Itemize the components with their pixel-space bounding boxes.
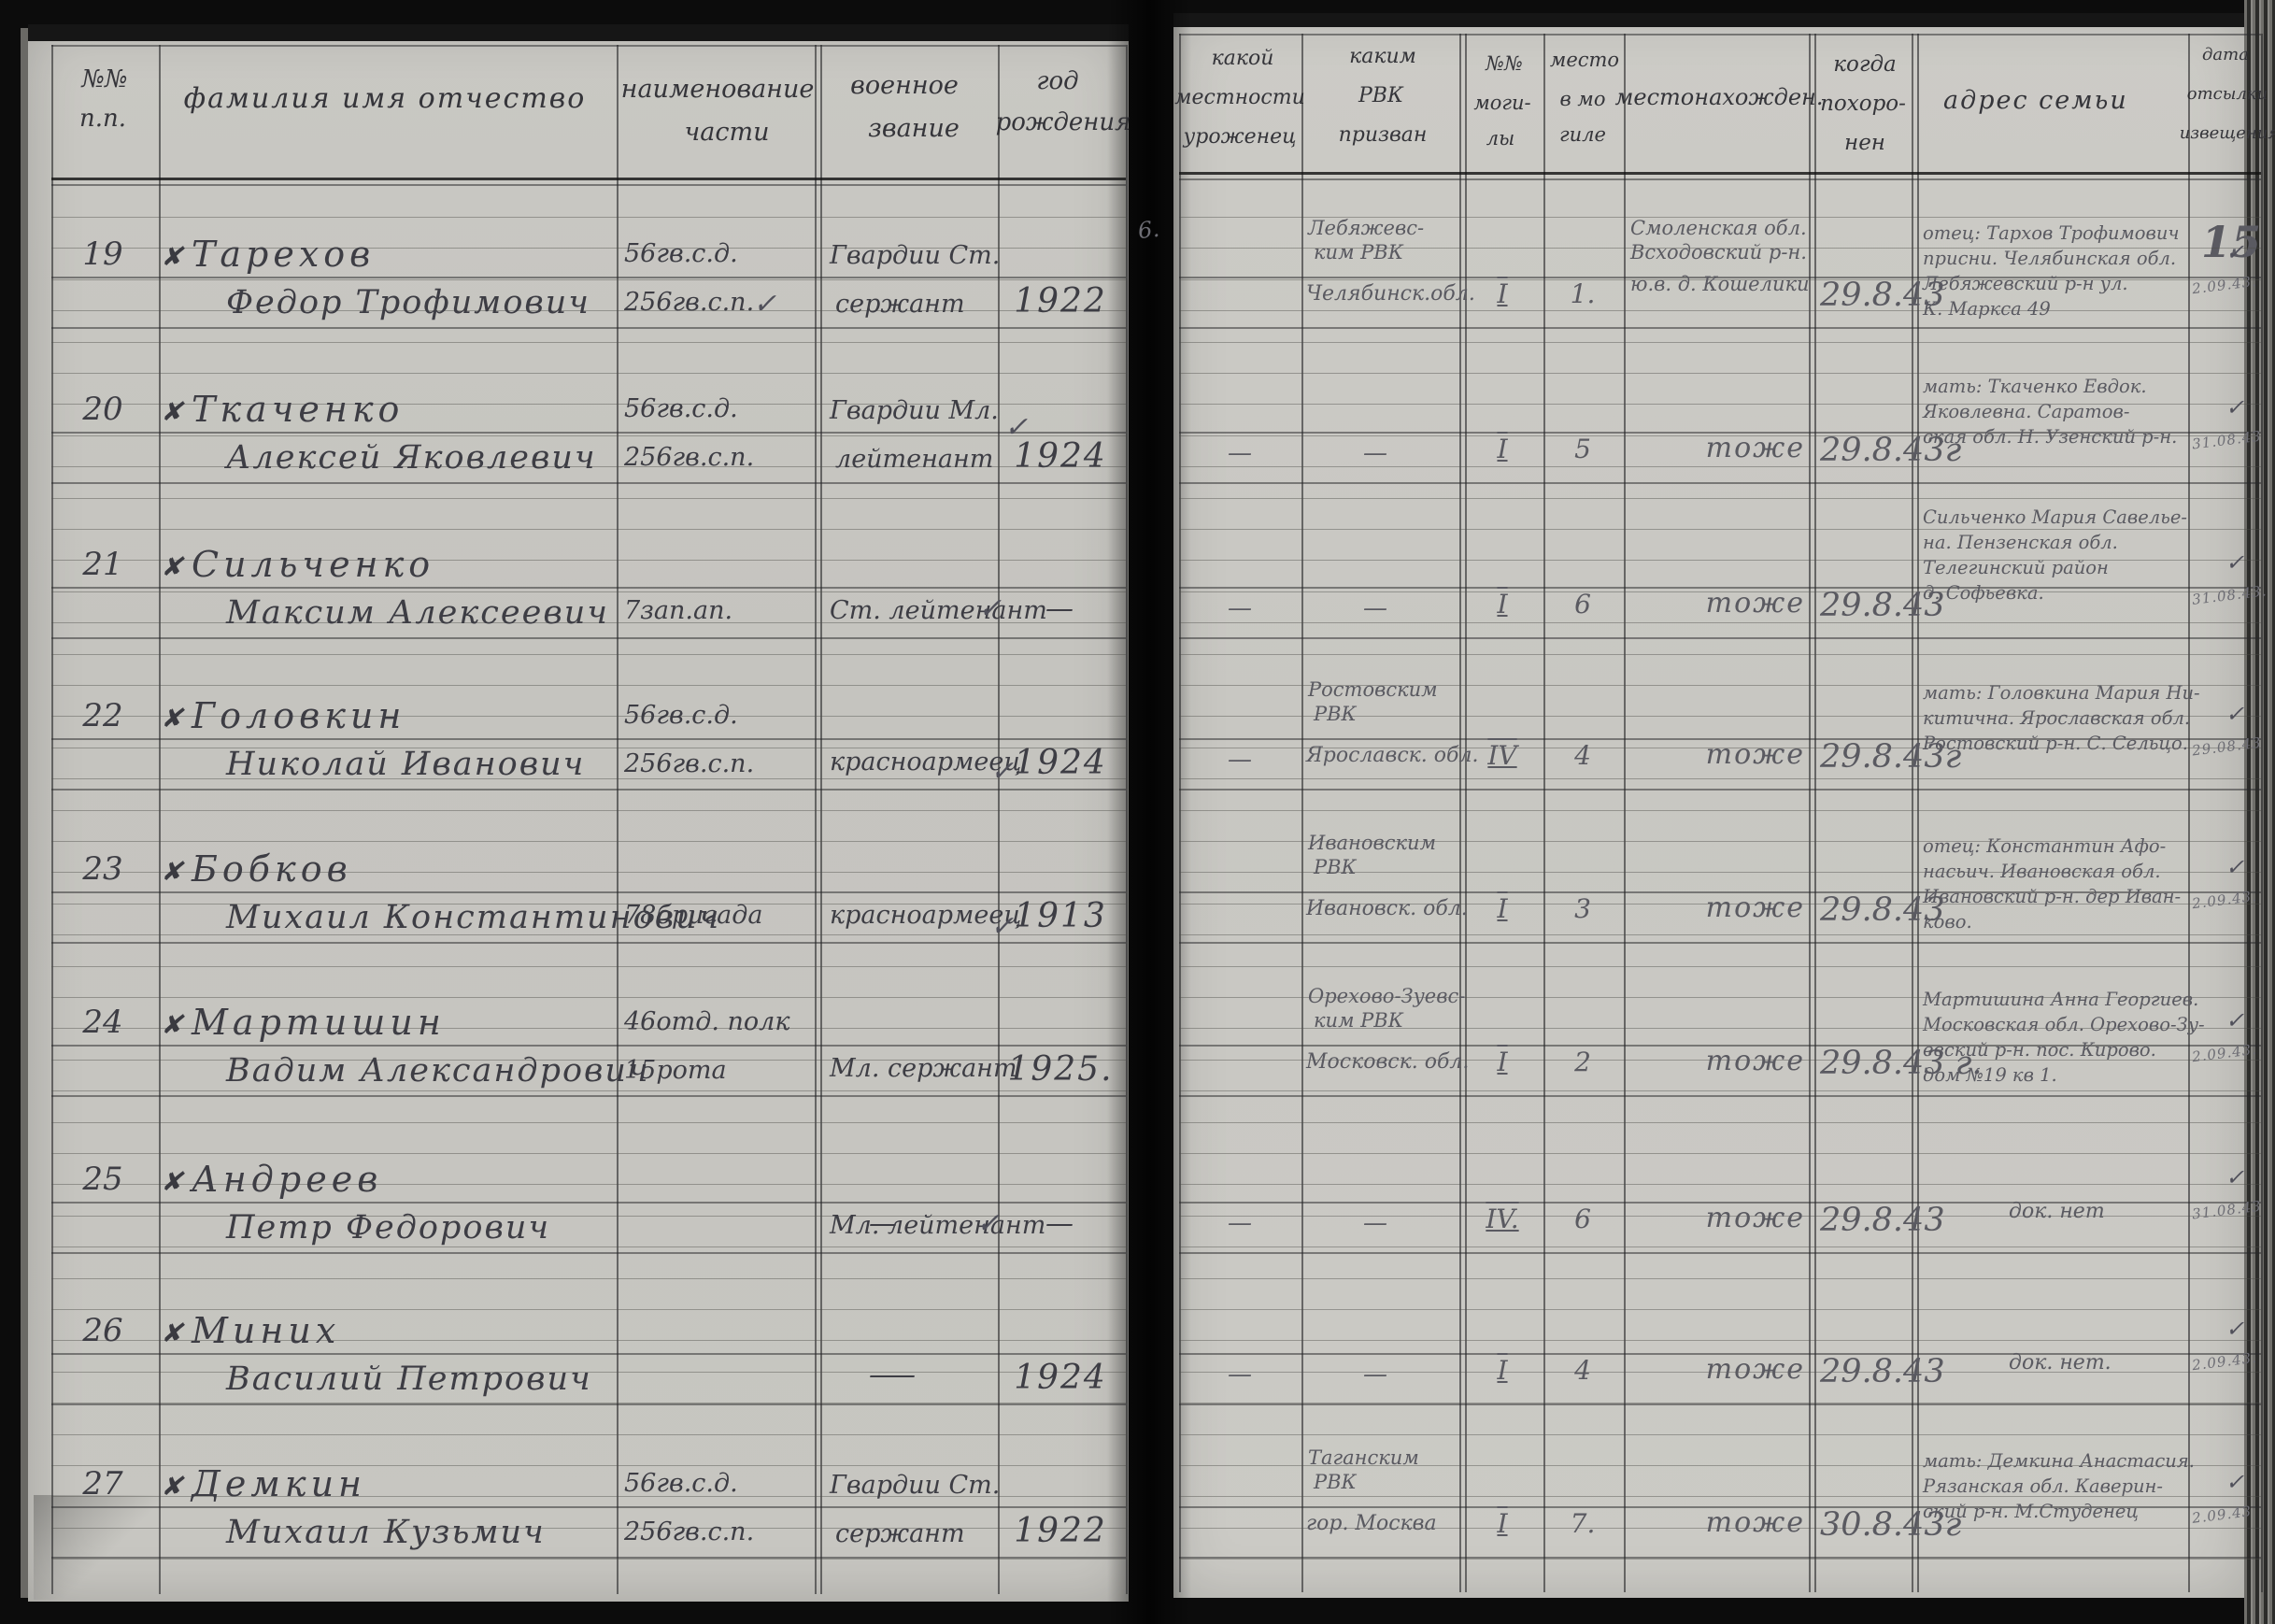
family-address-line3: ская обл. Н. Узенский р-н.: [1923, 426, 2177, 448]
right-column-line: [1809, 34, 1811, 1592]
notice-check-mark: ✓: [2225, 1007, 2244, 1033]
header-location: местонахожден.: [1615, 84, 1824, 110]
left-ruled-line: [51, 1434, 1126, 1435]
record-number: 23: [82, 850, 122, 888]
cross-mark: ✘: [161, 856, 182, 887]
family-address-line4: ково.: [1923, 911, 1972, 933]
check-mark: ✓: [990, 755, 1014, 788]
family-address-line1: Сильченко Мария Савелье-: [1923, 506, 2187, 528]
right-ruled-line: [1179, 373, 2261, 374]
location-line1: Смоленская обл.: [1630, 217, 1807, 239]
right-ruled-line: [1179, 1246, 2261, 1247]
page-corner-crease: [34, 1495, 174, 1600]
surname: Головкин: [192, 695, 405, 736]
grave-number: I: [1497, 434, 1507, 464]
location-ditto: тоже: [1706, 1045, 1805, 1077]
grave-number: I: [1497, 893, 1507, 924]
birth-year: 1924: [1014, 744, 1107, 782]
grave-number: IV: [1487, 740, 1516, 771]
record-number: 20: [82, 391, 122, 428]
rvk-line2: РВК: [1314, 703, 1357, 725]
record-number: 25: [82, 1161, 122, 1198]
check-mark: ✓: [990, 910, 1014, 943]
family-address-line1: мать: Ткаченко Евдок.: [1923, 376, 2147, 397]
unit-line2: 15рота: [624, 1056, 727, 1085]
record-baseline: [1179, 1557, 2261, 1559]
notice-check-mark: ✓: [2225, 549, 2244, 576]
family-address-line2: Яковлевна. Саратов-: [1923, 401, 2129, 422]
family-address-line1: отец: Тархов Трофимович: [1923, 222, 2180, 244]
cross-mark: ✘: [161, 1471, 182, 1502]
left-ruled-line: [51, 435, 1126, 436]
header-buried-line1: когда: [1833, 52, 1897, 77]
burial-date: 29.8.43: [1820, 1202, 1945, 1239]
right-ruled-line: [1179, 1309, 2261, 1310]
header-grave-line2: моги-: [1473, 92, 1530, 114]
right-column-line: [1814, 34, 1816, 1592]
left-ruled-line: [51, 529, 1126, 530]
notice-check-mark: ✓: [2225, 1164, 2244, 1190]
header-rvk-line2: РВК: [1358, 84, 1403, 107]
left-ruled-line: [51, 373, 1126, 374]
right-ruled-line: [1179, 310, 2261, 311]
right-ruled-line: [1179, 1434, 2261, 1435]
unit-line1: 56гв.с.д.: [624, 1469, 738, 1498]
right-column-line: [1179, 34, 1181, 1592]
cross-mark: ✘: [161, 241, 182, 272]
left-ruled-line: [51, 654, 1126, 655]
record-number: 27: [82, 1465, 122, 1503]
right-ruled-line: [1179, 1559, 2261, 1560]
right-column-line: [1301, 34, 1303, 1592]
rvk-line2: ким РВК: [1314, 1009, 1403, 1032]
surname: Демкин: [192, 1463, 366, 1504]
right-ruled-line: [1179, 778, 2261, 779]
origin-dash: —: [1228, 439, 1252, 467]
surname: Миних: [192, 1310, 340, 1351]
record-baseline: [51, 277, 1126, 278]
header-place-line2: в мо: [1560, 88, 1606, 110]
rank-line2: лейтенант: [835, 445, 993, 474]
cross-mark: ✘: [161, 551, 182, 582]
right-header-top: [1179, 34, 2261, 36]
header-grave-line3: лы: [1486, 127, 1514, 150]
cross-mark: ✘: [161, 1318, 182, 1348]
left-ruled-line: [51, 279, 1126, 280]
family-address: док. нет: [2009, 1200, 2105, 1223]
header-rvk-line3: призван: [1339, 123, 1428, 147]
right-column-line: [1459, 34, 1461, 1592]
unit-line1: 56гв.с.д.: [624, 239, 738, 268]
location-ditto: тоже: [1706, 891, 1805, 924]
rank-line1: Мл. сержант: [830, 1054, 1017, 1083]
header-buried-line2: похоро-: [1820, 92, 1906, 116]
family-address-line3: Ростовский р-н. С. Сельцо.: [1923, 733, 2188, 754]
right-ruled-line: [1179, 498, 2261, 499]
record-baseline: [51, 1202, 1126, 1204]
stray-pencil-mark: 6.: [1137, 216, 1161, 244]
given-name: Максим Алексеевич: [226, 594, 609, 632]
rvk-line1: Лебяжевс-: [1308, 217, 1424, 239]
check-mark: ✓: [976, 1207, 1000, 1240]
family-address-line1: мать: Головкина Мария Ни-: [1923, 682, 2200, 704]
record-baseline: [51, 891, 1126, 893]
right-ruled-line: [1179, 1340, 2261, 1341]
rvk-line1: Орехово-Зуевс-: [1308, 985, 1465, 1007]
birth-year: —: [1045, 592, 1075, 625]
location-ditto: тоже: [1706, 432, 1805, 464]
record-baseline: [51, 327, 1126, 329]
header-grave-line1: №№: [1486, 52, 1523, 75]
unit-line1: 56гв.с.д.: [624, 394, 738, 423]
family-address-line2: Рязанская обл. Каверин-: [1923, 1475, 2163, 1497]
family-address-line3: Ивановский р-н. дер Иван-: [1923, 886, 2181, 907]
rank-line2: сержант: [835, 1519, 965, 1548]
rvk-line1: Таганским: [1308, 1446, 1419, 1469]
record-number: 19: [82, 235, 122, 273]
grave-number: I: [1497, 1508, 1507, 1539]
right-column-line: [2188, 34, 2190, 1592]
right-header-separator-2: [1179, 178, 2261, 180]
rvk-line1: Ростовским: [1308, 678, 1438, 701]
right-ruled-line: [1179, 529, 2261, 530]
record-baseline: [1179, 1403, 2261, 1405]
family-address-line1: отец: Константин Афо-: [1923, 835, 2166, 857]
place-in-grave: 1.: [1571, 278, 1596, 309]
grave-number: IV.: [1486, 1204, 1518, 1234]
location-line3: ю.в. д. Кошелики: [1630, 273, 1810, 295]
left-ruled-line: [51, 841, 1126, 842]
left-ruled-line: [51, 685, 1126, 686]
notice-check-mark: ✓: [2225, 394, 2244, 420]
rvk-oblast: Челябинск.обл.: [1306, 282, 1475, 306]
right-ruled-line: [1179, 342, 2261, 343]
place-in-grave: 2: [1574, 1047, 1591, 1077]
rvk-oblast: Московск. обл.: [1306, 1050, 1469, 1074]
cross-mark: ✘: [161, 1009, 182, 1040]
surname: Ткаченко: [192, 389, 404, 430]
rank-line2: сержант: [835, 290, 965, 319]
rank-line1: Ст. лейтенант: [830, 596, 1047, 625]
given-name: Алексей Яковлевич: [226, 439, 597, 477]
header-no-line2: п.п.: [79, 105, 126, 133]
given-name: Петр Федорович: [226, 1209, 550, 1246]
left-ruled-line: [51, 498, 1126, 499]
record-baseline: [51, 1045, 1126, 1047]
family-address-line1: Мартишина Анна Георгиев.: [1923, 989, 2198, 1010]
notice-check-mark: ✓: [2225, 701, 2244, 727]
record-baseline: [51, 789, 1126, 791]
record-baseline: [1179, 482, 2261, 484]
left-ruled-line: [51, 1278, 1126, 1279]
left-ruled-line: [51, 966, 1126, 967]
record-baseline: [1179, 327, 2261, 329]
left-ruled-line: [51, 810, 1126, 811]
place-in-grave: 5: [1574, 434, 1591, 464]
record-number: 21: [82, 546, 122, 583]
rvk-dash: —: [1363, 594, 1387, 622]
header-notice-line2: отсылки: [2187, 84, 2268, 104]
origin-dash: —: [1228, 594, 1252, 622]
unit-line2: 256гв.с.п.: [624, 288, 754, 317]
record-baseline: [1179, 1095, 2261, 1097]
record-baseline: [51, 1557, 1126, 1559]
notice-check-mark: ✓: [2225, 239, 2244, 265]
left-ruled-line: [51, 997, 1126, 998]
right-ruled-line: [1179, 810, 2261, 811]
family-address: док. нет.: [2009, 1351, 2111, 1375]
record-baseline: [51, 1353, 1126, 1355]
right-ruled-line: [1179, 966, 2261, 967]
place-in-grave: 4: [1574, 740, 1591, 771]
unit-line2: 256гв.с.п.: [624, 1517, 754, 1546]
left-ruled-line: [51, 778, 1126, 779]
right-ruled-line: [1179, 1153, 2261, 1154]
unit-line1: 78бригада: [624, 901, 762, 930]
left-ruled-line: [51, 217, 1126, 218]
header-unit-line1: наименование: [621, 75, 815, 104]
unit-line1: 7зап.ап.: [624, 596, 732, 625]
record-baseline: [51, 432, 1126, 434]
right-ruled-line: [1179, 1122, 2261, 1123]
record-baseline: [51, 1252, 1126, 1254]
family-address-line2: на. Пензенская обл.: [1923, 532, 2118, 553]
family-address-line4: дом №19 кв 1.: [1923, 1064, 2057, 1086]
left-header-top: [51, 45, 1126, 47]
location-ditto: тоже: [1706, 1506, 1805, 1539]
given-name: Вадим Александрович: [226, 1052, 650, 1090]
surname: Мартишин: [192, 1002, 446, 1043]
header-year-line1: год: [1036, 67, 1078, 95]
unit-line1: 56гв.с.д.: [624, 701, 738, 730]
given-name: Василий Петрович: [226, 1360, 592, 1398]
family-address-line3: евский р-н. пос. Кирово.: [1923, 1039, 2156, 1061]
rvk-oblast: Ивановск. обл.: [1306, 897, 1468, 920]
left-ruled-line: [51, 591, 1126, 592]
ledger-scan: { "page_number": "15", "stray_mark": "6.…: [0, 0, 2275, 1624]
record-number: 22: [82, 697, 122, 734]
check-mark: ✓: [978, 592, 1002, 625]
rank-dash: —: [888, 1359, 916, 1391]
header-origin-line2: местности: [1174, 86, 1305, 109]
rvk-oblast: Ярославск. обл.: [1306, 744, 1478, 767]
birth-year: 1922: [1014, 1512, 1107, 1550]
birth-year: 1924: [1014, 437, 1107, 476]
family-address-line2: присни. Челябинская обл.: [1923, 248, 2176, 269]
rank-line1: Гвардии Ст.: [830, 241, 1000, 270]
given-name: Николай Иванович: [226, 746, 585, 783]
record-baseline: [51, 637, 1126, 639]
family-address-line2: Московская обл. Орехово-Зу-: [1923, 1014, 2205, 1035]
family-address-line2: насьич. Ивановская обл.: [1923, 861, 2161, 882]
surname: Андреев: [192, 1159, 382, 1200]
header-rank-line1: военное: [850, 71, 959, 100]
birth-year: 1925.: [1007, 1050, 1113, 1089]
header-origin-line3: уроженец: [1184, 125, 1297, 149]
left-header-separator-2: [51, 184, 1126, 186]
right-column-line: [1624, 34, 1626, 1592]
check-mark: ✓: [753, 288, 776, 321]
record-number: 24: [82, 1004, 122, 1041]
record-baseline: [51, 1403, 1126, 1405]
header-no-line1: №№: [81, 65, 127, 93]
location-ditto: тоже: [1706, 1202, 1805, 1234]
rvk-oblast: гор. Москва: [1306, 1512, 1437, 1535]
notice-check-mark: ✓: [2225, 1469, 2244, 1495]
notice-check-mark: ✓: [2225, 1316, 2244, 1342]
right-ruled-line: [1179, 1184, 2261, 1185]
place-in-grave: 4: [1574, 1355, 1591, 1386]
surname: Сильченко: [192, 544, 434, 585]
record-baseline: [51, 1095, 1126, 1097]
rvk-line2: РВК: [1314, 856, 1357, 878]
header-place-line1: место: [1550, 49, 1619, 71]
header-name: фамилия имя отчество: [184, 82, 587, 115]
location-ditto: тоже: [1706, 1353, 1805, 1386]
rvk-dash: —: [1363, 439, 1387, 467]
unit-line2: 256гв.с.п.: [624, 749, 754, 778]
left-page-top-rule: [28, 24, 1129, 41]
rank-line1: Мл. лейтенант: [830, 1211, 1045, 1240]
header-origin-line1: какой: [1212, 47, 1274, 70]
record-baseline: [1179, 637, 2261, 639]
right-column-line: [1465, 34, 1467, 1592]
rank-line1: Гвардии Мл.: [830, 396, 999, 425]
place-in-grave: 6: [1574, 589, 1591, 620]
place-in-grave: 6: [1574, 1204, 1591, 1234]
right-ruled-line: [1179, 1090, 2261, 1091]
record-baseline: [51, 587, 1126, 589]
notice-check-mark: ✓: [2225, 854, 2244, 880]
right-ruled-line: [1179, 622, 2261, 623]
header-year-line2: рождения: [996, 108, 1131, 136]
left-ruled-line: [51, 1122, 1126, 1123]
header-address: адрес семьи: [1943, 86, 2128, 115]
burial-date: 29.8.43: [1820, 1353, 1945, 1390]
surname: Бобков: [192, 848, 352, 890]
location-ditto: тоже: [1706, 587, 1805, 620]
record-baseline: [1179, 789, 2261, 791]
record-baseline: [51, 942, 1126, 944]
left-ruled-line: [51, 1153, 1126, 1154]
family-address-line4: К. Маркса 49: [1923, 298, 2051, 320]
location-line2: Всходовский р-н.: [1630, 241, 1807, 264]
left-ruled-line: [51, 1090, 1126, 1091]
family-address-line3: Лебяжевский р-н ул.: [1923, 273, 2128, 294]
birth-year: 1922: [1014, 282, 1107, 321]
header-rvk-line1: каким: [1349, 45, 1416, 68]
cross-mark: ✘: [161, 396, 182, 427]
right-page-top-rule: [1173, 13, 2244, 27]
right-column-line: [1543, 34, 1545, 1592]
origin-dash: —: [1228, 746, 1252, 774]
grave-number: I: [1497, 1355, 1507, 1386]
cross-mark: ✘: [161, 1166, 182, 1197]
rvk-dash: —: [1363, 1360, 1387, 1389]
place-in-grave: 7.: [1571, 1508, 1596, 1539]
cross-mark: ✘: [161, 703, 182, 734]
record-baseline: [51, 1506, 1126, 1508]
location-ditto: тоже: [1706, 738, 1805, 771]
origin-dash: —: [1228, 1360, 1252, 1389]
birth-year: 1913: [1014, 897, 1107, 935]
header-buried-line3: нен: [1844, 131, 1885, 155]
unit-line2: 256гв.с.п.: [624, 443, 754, 472]
place-in-grave: 3: [1574, 893, 1591, 924]
family-address-line3: Телегинский район: [1923, 557, 2109, 578]
grave-number: I: [1497, 278, 1507, 309]
origin-dash: —: [1228, 1209, 1252, 1237]
left-ruled-line: [51, 342, 1126, 343]
surname: Тарехов: [192, 234, 375, 275]
header-notice-line1: дата: [2202, 45, 2249, 64]
left-page-edge: [21, 28, 28, 1598]
family-address-line3: ский р-н. М.Студенец: [1923, 1501, 2139, 1522]
right-header-separator: [1179, 172, 2261, 175]
rvk-line1: Ивановским: [1308, 832, 1436, 854]
record-baseline: [51, 482, 1126, 484]
right-ruled-line: [1179, 466, 2261, 467]
record-baseline: [51, 738, 1126, 740]
grave-number: I: [1497, 1047, 1507, 1077]
rvk-line2: ким РВК: [1314, 241, 1403, 264]
right-ruled-line: [1179, 654, 2261, 655]
family-address-line4: д. Софьевка.: [1923, 582, 2044, 604]
rvk-line2: РВК: [1314, 1471, 1357, 1493]
right-ruled-line: [1179, 1278, 2261, 1279]
left-ruled-line: [51, 1246, 1126, 1247]
family-address-line1: мать: Демкина Анастасия.: [1923, 1450, 2195, 1472]
record-baseline: [1179, 1252, 2261, 1254]
given-name: Федор Трофимович: [226, 284, 590, 321]
rvk-dash: —: [1363, 1209, 1387, 1237]
family-address-line2: китична. Ярославская обл.: [1923, 707, 2190, 729]
header-unit-line2: части: [684, 118, 769, 147]
rank-line1: Гвардии Ст.: [830, 1471, 1000, 1500]
unit-line1: 46отд. полк: [624, 1007, 789, 1036]
given-name: Михаил Кузьмич: [226, 1514, 546, 1551]
left-ruled-line: [51, 1559, 1126, 1560]
right-ruled-line: [1179, 934, 2261, 935]
grave-number: I: [1497, 589, 1507, 620]
left-header-separator: [51, 178, 1126, 180]
record-baseline: [1179, 942, 2261, 944]
birth-year: —: [1045, 1207, 1075, 1240]
header-rank-line2: звание: [868, 114, 960, 143]
right-column-line: [2261, 34, 2263, 1592]
header-place-line3: гиле: [1559, 123, 1606, 146]
record-number: 26: [82, 1312, 122, 1349]
birth-year: 1924: [1014, 1359, 1107, 1397]
left-column-line: [1126, 45, 1128, 1594]
